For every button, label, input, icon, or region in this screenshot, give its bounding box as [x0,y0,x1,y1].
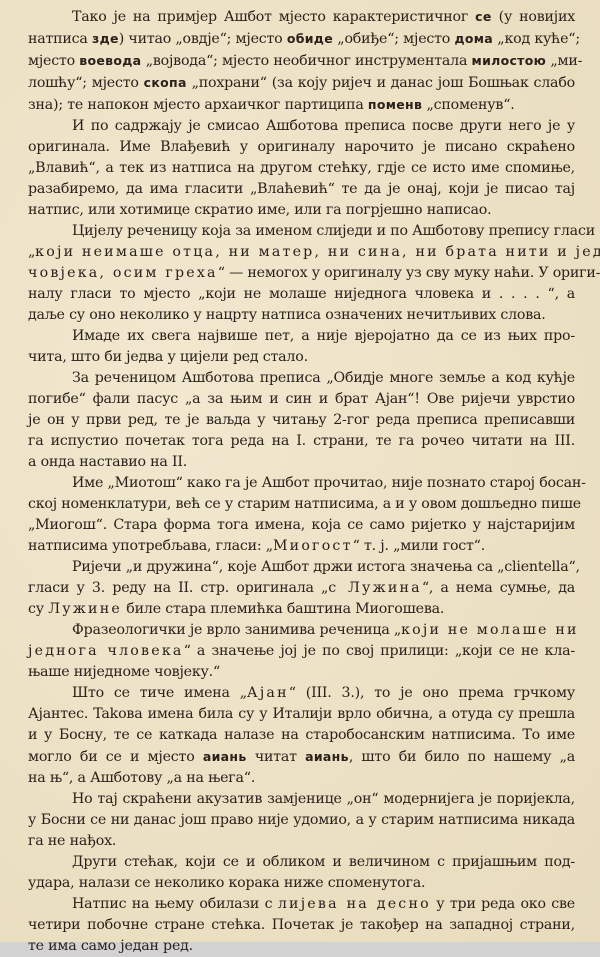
old-script-word: поменв [368,97,422,112]
text-line: И по садржају је смисао Ашботова преписа… [28,116,575,137]
old-script-word: воевода [79,53,141,68]
text-line: и у Босну, те се каткада налазе на старо… [28,725,575,746]
text-line: лошћу“; мјесто скопа „похрани“ (за коју … [28,72,575,94]
paragraph: И по садржају је смисао Ашботова преписа… [28,116,575,221]
text-line: једнога чловека“ а значење јој је по сво… [28,641,575,662]
text-line: мјесто воевода „војвода“; мјесто необичн… [28,50,575,72]
spaced-quote: који неимаше отца, ни матер, ни сина, ни… [35,244,600,260]
text-line: удара, налази се неколико корака ниже сп… [28,873,575,894]
text-line: „који неимаше отца, ни матер, ни сина, н… [28,242,575,263]
text-line: натписима употребљава, гласи: „Миогост“ … [28,536,575,557]
text-line: Што се тиче имена „Ајан“ (III. 3.), то ј… [28,683,575,704]
text-line: га испустио почетак тога реда на I. стра… [28,431,575,452]
text-line: на њ“, а Ашботову „а на њега“. [28,768,575,789]
text-line: разабиремо, да има гласити „Влаћевић“ те… [28,179,575,200]
text-line: За реченицом Ашботова преписа „Обидје мн… [28,368,575,389]
text-line: је он у први ред, те је ваљда у читању 2… [28,410,575,431]
text-line: налу гласи то мјесто „који не молаше ниј… [28,284,575,305]
text-line: га не нађох. [28,831,575,852]
spaced-quote: лијева на десно [278,896,431,912]
text-line: у Босни се ни данас још право није удоми… [28,810,575,831]
text-line: Име „Миотош“ како га је Ашбот прочитао, … [28,473,575,494]
text-line: те има само један ред. [28,936,575,950]
text-line: Тако је на примјер Ашбот мјесто карактер… [28,6,575,28]
spaced-quote: с Лужина [328,580,422,596]
text-line: даље су оно неколико у нацрту натписа оз… [28,305,575,326]
old-script-word: се [475,9,492,24]
text-line: погибе“ фали пасус „а за њим и син и бра… [28,389,575,410]
text-line: Други стећак, који се и обликом и величи… [28,852,575,873]
paragraph: Ријечи „и дружина“, које Ашбот држи исто… [28,557,575,620]
text-line: Но тај скраћени акузатив замјенице „он“ … [28,789,575,810]
text-line: ској номенклатури, већ се у старим натпи… [28,494,575,515]
spaced-quote: који не молаше ни [401,622,579,638]
text-line: Фразеологички је врло занимива реченица … [28,620,575,641]
paragraph: Тако је на примјер Ашбот мјесто карактер… [28,6,575,116]
old-script-word: дома [454,31,493,46]
spaced-quote: човјека, осим греха [28,265,218,281]
text-line: четири побочне стране стећка. Почетак је… [28,915,575,936]
paragraph: Имаде их свега највише пет, а није вјеро… [28,326,575,368]
old-script-word: скопа [144,75,187,90]
old-script-word: милостою [472,53,547,68]
spaced-quote: Лужине [48,601,122,617]
paragraph: Фразеологички је врло занимива реченица … [28,620,575,683]
text-line: Ријечи „и дружина“, које Ашбот држи исто… [28,557,575,578]
text-line: „Влавић“, а тек из натписа на другом сте… [28,158,575,179]
paragraph: Цијелу реченицу која за именом слиједи и… [28,221,575,326]
text-line: њаше ниједноме човјеку.“ [28,662,575,683]
text-line: оригинала. Име Влађевић у оригиналу наро… [28,137,575,158]
paragraph: Име „Миотош“ како га је Ашбот прочитао, … [28,473,575,557]
document-body: Тако је на примјер Ашбот мјесто карактер… [28,6,575,950]
scanned-page: Тако је на примјер Ашбот мјесто карактер… [0,0,600,942]
text-line: натпис, или хотимице скратио име, или га… [28,200,575,221]
text-line: могло би се и мјесто аиань читат аиань, … [28,746,575,768]
text-line: Ајантес. Takoва имена била су у Италији … [28,704,575,725]
text-line: човјека, осим греха“ — немогох у оригина… [28,263,575,284]
paragraph: Други стећак, који се и обликом и величи… [28,852,575,894]
paragraph: За реченицом Ашботова преписа „Обидје мн… [28,368,575,473]
text-line: чита, што би једва у цијели ред стало. [28,347,575,368]
text-line: зна); те напокон мјесто архаичког партиц… [28,94,575,116]
spaced-quote: Миогост [273,538,353,554]
old-script-word: обиде [287,31,333,46]
text-line: Натпис на њему обилази с лијева на десно… [28,894,575,915]
text-line: а онда наставио на II. [28,452,575,473]
old-script-word: аиань [305,749,349,764]
text-line: натписа зде) читао „овдје“; мјесто обиде… [28,28,575,50]
spaced-quote: једнога чловека [28,643,184,659]
paragraph: Но тај скраћени акузатив замјенице „он“ … [28,789,575,852]
spaced-quote: Ајан [247,685,289,701]
paragraph: Што се тиче имена „Ајан“ (III. 3.), то ј… [28,683,575,789]
old-script-word: зде [92,31,119,46]
paragraph: Натпис на њему обилази с лијева на десно… [28,894,575,950]
text-line: гласи у 3. реду на II. стр. оригинала „с… [28,578,575,599]
text-line: су Лужине биле стара племићка баштина Ми… [28,599,575,620]
text-line: Имаде их свега највише пет, а није вјеро… [28,326,575,347]
text-line: „Миогош“. Стара форма тога имена, која с… [28,515,575,536]
text-line: Цијелу реченицу која за именом слиједи и… [28,221,575,242]
old-script-word: аиань [203,749,247,764]
